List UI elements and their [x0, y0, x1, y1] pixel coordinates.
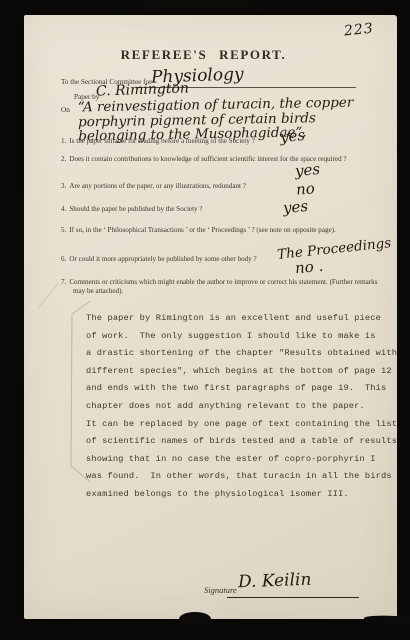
question-4: 4.Should the paper be published by the S…: [61, 205, 373, 214]
handwritten-answer-4: yes: [282, 197, 309, 217]
question-7-text: Comments or criticisms which might enabl…: [69, 278, 377, 295]
paper-tear-mark: [179, 612, 211, 626]
question-2: 2.Does it contain contributions to knowl…: [61, 155, 383, 164]
signature-value: D. Keilin: [238, 570, 312, 593]
question-7: 7.Comments or criticisms which might ena…: [61, 278, 385, 296]
question-1: 1.Is the paper suitable for reading befo…: [61, 137, 373, 146]
report-title: REFEREE'S REPORT.: [17, 47, 390, 63]
typed-comment-note: The paper by Rimington is an excellent a…: [86, 310, 397, 504]
page-number: 223: [343, 20, 374, 39]
signature-label: Signature: [204, 585, 237, 595]
handwritten-answer-3: no: [295, 179, 315, 199]
question-3: 3.Are any portions of the paper, or any …: [61, 182, 373, 191]
question-5-text: If so, in the ‘ Philosophical Transactio…: [69, 226, 335, 234]
handwritten-answer-6: no .: [294, 257, 324, 277]
paper-edge-shadow: [364, 615, 410, 625]
signature-line: [227, 597, 359, 598]
question-6-text: Or could it more appropriately be publis…: [69, 255, 256, 263]
question-1-text: Is the paper suitable for reading before…: [69, 137, 255, 145]
handwritten-answer-1: yes: [279, 126, 306, 146]
handwritten-answer-2: yes: [294, 160, 321, 180]
referee-report-page: 223 REFEREE'S REPORT. To the Sectional C…: [24, 15, 397, 619]
question-4-text: Should the paper be published by the Soc…: [69, 205, 202, 213]
question-3-text: Are any portions of the paper, or any il…: [69, 182, 246, 190]
question-5: 5.If so, in the ‘ Philosophical Transact…: [61, 226, 363, 235]
subject-label: On: [61, 106, 70, 114]
